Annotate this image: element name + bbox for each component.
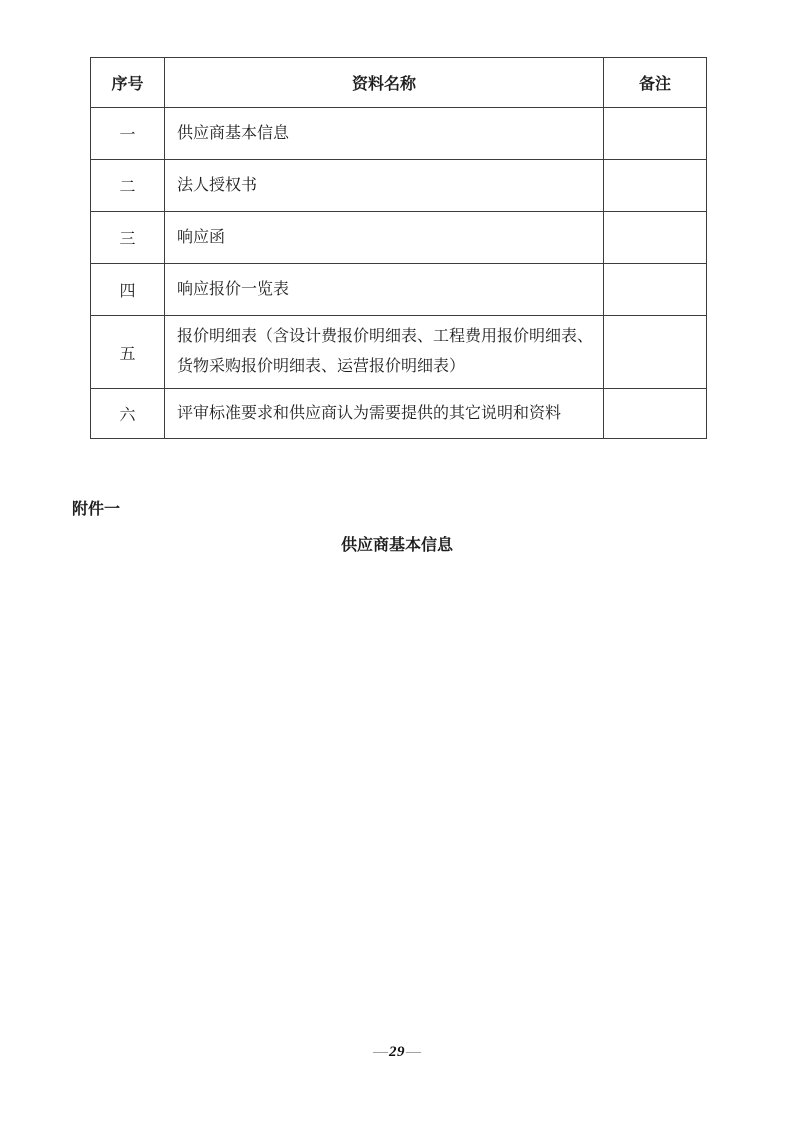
row-remark	[604, 108, 707, 160]
row-number: 四	[91, 264, 165, 316]
row-remark	[604, 212, 707, 264]
row-remark	[604, 316, 707, 389]
footer-dash-left: —	[373, 1044, 388, 1060]
row-remark	[604, 264, 707, 316]
attachment-title: 供应商基本信息	[0, 532, 794, 555]
materials-table: 序号 资料名称 备注 一 供应商基本信息 二 法人授权书 三 响应函	[90, 57, 707, 439]
row-number: 三	[91, 212, 165, 264]
row-remark	[604, 389, 707, 439]
table-row: 三 响应函	[91, 212, 707, 264]
row-material-name: 供应商基本信息	[165, 108, 604, 160]
table-row: 一 供应商基本信息	[91, 108, 707, 160]
table-header-row: 序号 资料名称 备注	[91, 58, 707, 108]
page-footer: —29—	[0, 1044, 794, 1061]
col-header-remark: 备注	[604, 58, 707, 108]
row-material-name: 响应报价一览表	[165, 264, 604, 316]
row-number: 二	[91, 160, 165, 212]
row-material-name: 报价明细表（含设计费报价明细表、工程费用报价明细表、货物采购报价明细表、运营报价…	[165, 316, 604, 389]
row-material-name: 评审标准要求和供应商认为需要提供的其它说明和资料	[165, 389, 604, 439]
table-row: 四 响应报价一览表	[91, 264, 707, 316]
row-remark	[604, 160, 707, 212]
page-number: 29	[388, 1044, 406, 1060]
row-number: 五	[91, 316, 165, 389]
footer-dash-right: —	[406, 1044, 421, 1060]
col-header-no: 序号	[91, 58, 165, 108]
row-material-name: 响应函	[165, 212, 604, 264]
table-row: 五 报价明细表（含设计费报价明细表、工程费用报价明细表、货物采购报价明细表、运营…	[91, 316, 707, 389]
col-header-name: 资料名称	[165, 58, 604, 108]
row-number: 一	[91, 108, 165, 160]
row-material-name: 法人授权书	[165, 160, 604, 212]
row-number: 六	[91, 389, 165, 439]
table-row: 二 法人授权书	[91, 160, 707, 212]
attachment-label: 附件一	[72, 496, 120, 519]
table-row: 六 评审标准要求和供应商认为需要提供的其它说明和资料	[91, 389, 707, 439]
